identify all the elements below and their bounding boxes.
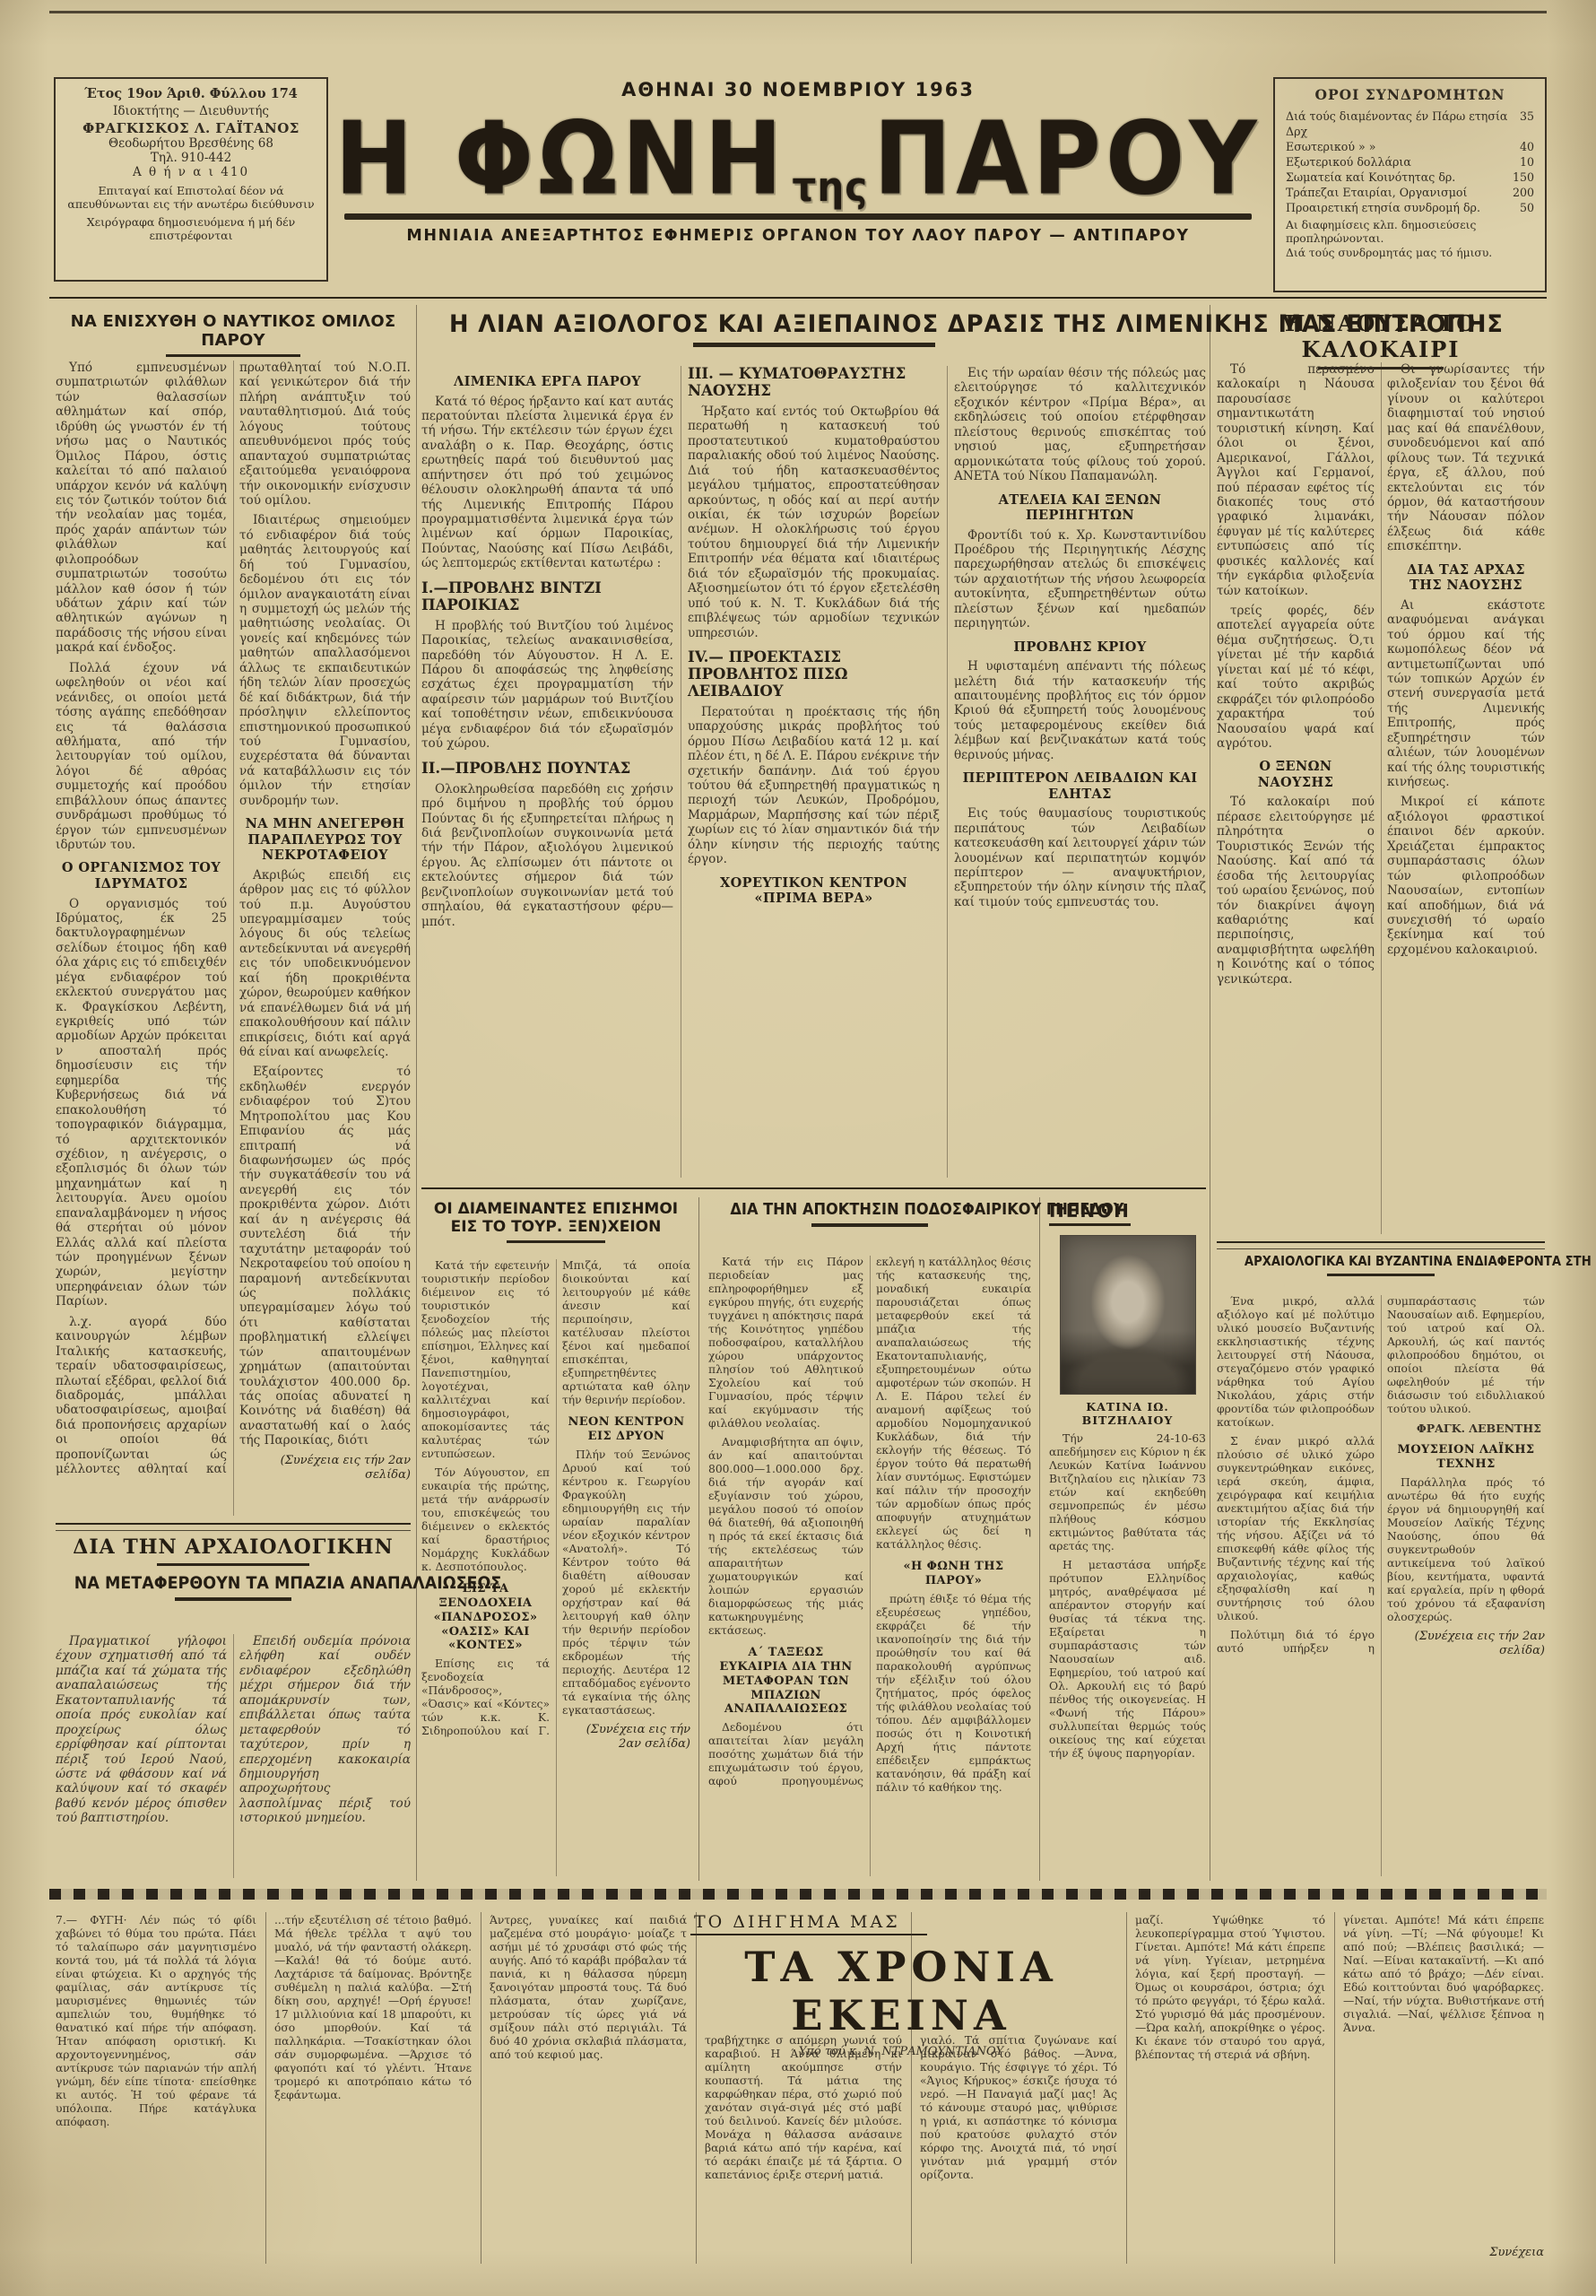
story-column: γιαλό. Τά σπίτια ζυγώνανε καί μίκραιναν … [920, 2034, 1117, 2264]
headline-rule [693, 343, 935, 347]
article-rubble-body: Πραγματικοί γήλοφοι έχουν σχηματισθή από… [56, 1634, 411, 1878]
paragraph: Ιδιαιτέρως σημειούμεν τό ενδιαφέρον διά … [239, 513, 411, 808]
paragraph: Υπό εμπνευσμένων συμπατριωτών φιλάθλων τ… [56, 361, 227, 656]
column-rule [1334, 1912, 1335, 2264]
paragraph: Ολοκληρωθείσα παρεδόθη εις χρήσιν πρό δι… [421, 782, 673, 929]
story-column: μαζί. Υψώθηκε τό λευκοπερίγραμμα στού Ύψ… [1135, 1914, 1325, 2264]
sub-row-value: 200 [1513, 185, 1534, 200]
headline-rule [166, 354, 300, 357]
article-naoussa-header: Η ΝΑΟΥΣΑ ΤΟ ΚΑΛΟΚΑΙΡΙ [1217, 310, 1545, 370]
story-column: 7.— ΦΥΓΗ· Λέν πώς τό φίδι χαβώνει τό θύμ… [56, 1914, 256, 2264]
sub-row-value: 35 [1520, 109, 1534, 139]
paragraph: Εις τούς θαυμασίους τουριστικούς περιπάτ… [954, 806, 1206, 909]
column-rule [265, 1912, 266, 2264]
article-headline: ΝΑ ΕΝΙΣΧΥΘΗ Ο ΝΑΥΤΙΚΟΣ ΟΜΙΛΟΣ ΠΑΡΟΥ [56, 312, 411, 350]
paragraph: πρώτη έθιξε τό θέμα τής εξευρέσεως γηπέδ… [876, 1593, 1031, 1795]
paragraph: Τό καλοκαίρι πού πέρασε ελειτούργησε μέ … [1217, 795, 1375, 987]
date-line: ΑΘΗΝΑΙ 30 ΝΟΕΜΒΡΙΟΥ 1963 [332, 79, 1264, 100]
sub-row-label: Σωματεία καί Κοινότητας δρ. [1286, 170, 1455, 185]
checkered-divider [49, 1889, 1547, 1900]
paragraph: Τόν Αύγουστον, επ ευκαιρία τής πρώτης, μ… [421, 1466, 550, 1574]
paragraph: Φροντίδι τού κ. Χρ. Κωνσταντινίδου Προέδ… [954, 528, 1206, 631]
subheadline: ΧΟΡΕΥΤΙΚΟΝ ΚΕΝΤΡΟΝ «ΠΡΙΜΑ ΒΕΡΑ» [693, 875, 934, 907]
article-kicker: ΔΙΑ ΤΗΝ ΑΡΧΑΙΟΛΟΓΙΚΗΝ [56, 1535, 411, 1559]
article-headline-line2: ΕΙΣ ΤΟ ΤΟΥΡ. ΞΕΝ)ΧΕΙΟΝ [421, 1218, 690, 1236]
paragraph: Εις τήν ωραίαν θέσιν τής πόλεώς μας ελει… [954, 366, 1206, 484]
publisher-phone: Τηλ. 910-442 [65, 151, 317, 165]
article-headline: Η ΛΙΑΝ ΑΞΙΟΛΟΓΟΣ ΚΑΙ ΑΞΙΕΠΑΙΝΟΣ ΔΡΑΣΙΣ Τ… [421, 310, 1206, 338]
subscription-row: Σωματεία καί Κοινότητας δρ.150 [1286, 170, 1534, 185]
sub-row-value: 10 [1520, 154, 1534, 170]
paragraph: Κατά τήν εις Πάρον περιοδείαν μας επληρο… [708, 1256, 863, 1431]
article-football-header: ΔΙΑ ΤΗΝ ΑΠΟΚΤΗΣΙΝ ΠΟΔΟΣΦΑΙΡΙΚΟΥ ΓΗΠΕΔΟΥ [708, 1200, 1031, 1227]
paragraph: Πολλά έχουν νά ωφεληθούν οι νέοι καί νεά… [56, 661, 227, 853]
subheadline: ΙΙ.—ΠΡΟΒΛΗΣ ΠΟΥΝΤΑΣ [421, 761, 673, 778]
subscription-row: Τράπεζαι Εταιρίαι, Οργανισμοί200 [1286, 185, 1534, 200]
subheadline: Α´ ΤΑΞΕΩΣ ΕΥΚΑΙΡΙΑ ΔΙΑ ΤΗΝ ΜΕΤΑΦΟΡΑΝ ΤΩΝ… [714, 1646, 858, 1717]
paragraph: Πλήν τού Ξενώνος Δρυού καί τού κέντρου κ… [562, 1448, 690, 1718]
publisher-checks-note: Επιταγαί καί Επιστολαί δέον νά απευθύνων… [65, 184, 317, 211]
section-divider [421, 1187, 1206, 1189]
subscription-row: Εσωτερικού » »40 [1286, 139, 1534, 154]
subheadline: «Η ΦΩΝΗ ΤΗΣ ΠΑΡΟΥ» [881, 1560, 1026, 1588]
subscription-row: Διά τούς διαμένοντας έν Πάρω ετησία Δρχ3… [1286, 109, 1534, 139]
column-rule [481, 1912, 481, 2264]
subheadline: Ο ΞΕΝΩΝ ΝΑΟΥΣΗΣ [1222, 759, 1369, 790]
article-archaeology-header: ΑΡΧΑΙΟΛΟΓΙΚΑ ΚΑΙ ΒΥΖΑΝΤΙΝΑ ΕΝΔΙΑΦΕΡΟΝΤΑ … [1217, 1252, 1545, 1276]
section-divider [56, 1523, 411, 1531]
subscription-note: Αι διαφημίσεις κλπ. δημοσιεύσεις προπληρ… [1286, 219, 1534, 247]
top-rule [49, 11, 1547, 13]
continued-note: (Συνέχεια εις τήν 2αν σελίδα) [562, 1723, 690, 1752]
publisher-city: Α θ ή ν α ι 410 [65, 165, 317, 179]
column-rule [696, 1912, 697, 2264]
headline-rule [175, 1597, 291, 1601]
paragraph: Ένα μικρό, αλλά αξιόλογο καί μέ πολύτιμο… [1217, 1295, 1375, 1430]
paragraph: Οι γνωρίσαντες τήν φιλοξενίαν του ξένοι … [1387, 362, 1545, 554]
title-small-word: της [787, 163, 874, 211]
subheadline: IV.— ΠΡΟΕΚΤΑΣΙΣ ΠΡΟΒΛΗΤΟΣ ΠΙΣΩ ΛΕΙΒΑΔΙΟΥ [688, 649, 940, 700]
story-continued-note: Συνέχεια [1343, 2246, 1544, 2259]
sub-row-value: 40 [1520, 139, 1534, 154]
masthead: ΑΘΗΝΑΙ 30 ΝΟΕΜΒΡΙΟΥ 1963 Η ΦΩΝΗτηςΠΑΡΟΥ … [332, 79, 1264, 245]
newspaper-title: Η ΦΩΝΗτηςΠΑΡΟΥ [332, 105, 1264, 212]
article-hotel-header: ΟΙ ΔΙΑΜΕΙΝΑΝΤΕΣ ΕΠΙΣΗΜΟΙ ΕΙΣ ΤΟ ΤΟΥΡ. ΞΕ… [421, 1200, 690, 1243]
paragraph: Η υφισταμένη απέναντι τής πόλεως μελέτη … [954, 659, 1206, 762]
column-rule [911, 1912, 912, 2264]
subheadline: ΝΑ ΜΗΝ ΑΝΕΓΕΡΘΗ ΠΑΡΑΠΛΕΥΡΩΣ ΤΟΥ ΝΕΚΡΟΤΑΦ… [245, 816, 405, 864]
subheadline: ΠΡΟΒΛΗΣ ΚΡΙΟΥ [959, 639, 1201, 656]
subheadline: ΜΟΥΣΕΙΟΝ ΛΑΪΚΗΣ ΤΕΧΝΗΣ [1392, 1443, 1540, 1472]
issue-number: Έτος 19ον Άριθ. Φύλλου 174 [65, 86, 317, 101]
subscription-box: ΟΡΟΙ ΣΥΝΔΡΟΜΗΤΩΝ Διά τούς διαμένοντας έν… [1273, 77, 1547, 292]
obituary-body: Τήν 24-10-63 απεδήμησεν εις Κύριον η έκ … [1049, 1432, 1206, 1881]
paragraph: Ήρξατο καί εντός τού Οκτωβρίου θά περατω… [688, 404, 940, 640]
section-divider [1217, 1241, 1545, 1249]
subheadline: ΙΙΙ. — ΚΥΜΑΤΟΘΡΑΥΣΤΗΣ ΝΑΟΥΣΗΣ [688, 366, 940, 400]
obituary-title: ΠΕΝΘΗ [1049, 1200, 1131, 1226]
subheadline: ΑΤΕΛΕΙΑ ΚΑΙ ΞΕΝΩΝ ΠΕΡΙΗΓΗΤΩΝ [959, 492, 1201, 524]
continued-note: (Συνέχεια εις τήν 2αν σελίδα) [1387, 1630, 1545, 1658]
paragraph: τρείς φορές, δέν αποτελεί αγγαρεία ούτε … [1217, 604, 1375, 751]
subheadline: ΕΙΣ ΤΑ ΞΕΝΟΔΟΧΕΙΑ «ΠΑΝΔΡΟΣΟΣ» «ΟΑΣΙΣ» ΚΑ… [427, 1582, 544, 1653]
article-harbour-header: Η ΛΙΑΝ ΑΞΙΟΛΟΓΟΣ ΚΑΙ ΑΞΙΕΠΑΙΝΟΣ ΔΡΑΣΙΣ Τ… [421, 310, 1206, 347]
story-column: τραβήχτηκε σ απόμερη γωνιά τού καραβιού.… [705, 2034, 902, 2264]
article-nautical-body: Υπό εμπνευσμένων συμπατριωτών φιλάθλων τ… [56, 361, 411, 1516]
subheadline: Ι.—ΠΡΟΒΛΗΣ ΒΙΝΤΖΙ ΠΑΡΟΙΚΙΑΣ [421, 580, 673, 614]
column-rule [1126, 1912, 1127, 2264]
story-title: ΤΑ ΧΡΟΝΙΑ ΕΚΕΙΝΑ [690, 1943, 1112, 2039]
column-rule [1039, 1197, 1040, 1881]
paragraph: Τήν 24-10-63 απεδήμησεν εις Κύριον η έκ … [1049, 1432, 1206, 1553]
paragraph: Κατά τό θέρος ήρξαντο καί κατ αυτάς περα… [421, 395, 673, 571]
column-rule [416, 305, 417, 1881]
subscription-note: Διά τούς συνδρομητάς μας τό ήμισυ. [1286, 247, 1534, 260]
paragraph: Ακριβώς επειδή εις άρθρον μας εις τό φύλ… [239, 868, 411, 1060]
sub-row-value: 150 [1513, 170, 1534, 185]
article-naoussa-body: Τό περασμένο καλοκαίρι η Νάουσα παρουσία… [1217, 362, 1545, 1234]
paragraph: Περατούται η προέκτασις τής ήδη υπαρχούσ… [688, 705, 940, 867]
paragraph: Τό περασμένο καλοκαίρι η Νάουσα παρουσία… [1217, 362, 1375, 598]
obituary-photo [1060, 1235, 1196, 1395]
subheadline: ΝΕΟΝ ΚΕΝΤΡΟΝ ΕΙΣ ΔΡΥΟΝ [568, 1415, 685, 1444]
subheadline: ΔΙΑ ΤΑΣ ΑΡΧΑΣ ΤΗΣ ΝΑΟΥΣΗΣ [1392, 562, 1540, 594]
signature: ΦΡΑΓΚ. ΛΕΒΕΝΤΗΣ [1387, 1422, 1541, 1435]
paragraph: Αι εκάστοτε αναφυόμεναι ανάγκαι τού όρμο… [1387, 598, 1545, 790]
article-headline: Η ΝΑΟΥΣΑ ΤΟ ΚΑΛΟΚΑΙΡΙ [1217, 310, 1545, 362]
article-archaeology-body: Ένα μικρό, αλλά αξιόλογο καί μέ πολύτιμο… [1217, 1295, 1545, 1876]
owner-name: ΦΡΑΓΚΙΣΚΟΣ Λ. ΓΑΪΤΑΝΟΣ [65, 120, 317, 136]
headline-rule [1327, 1274, 1435, 1276]
story-column: γίνεται. Αμπότε! Μά κάτι έπρεπε νά γίνη.… [1343, 1914, 1544, 2239]
paragraph: Μικροί εί κάποτε αξιόλογοι φραστικοί έπα… [1387, 795, 1545, 957]
paragraph: Παράλληλα πρός τό ανωτέρω θά ήτο ευχής έ… [1387, 1476, 1545, 1624]
paragraph: Κατά τήν εφετεινήν τουριστικήν περίοδον … [421, 1259, 550, 1461]
title-part-1: Η ΦΩΝΗ [334, 100, 786, 218]
publisher-box: Έτος 19ον Άριθ. Φύλλου 174 Ιδιοκτήτης — … [54, 77, 328, 282]
article-headline-line1: ΟΙ ΔΙΑΜΕΙΝΑΝΤΕΣ ΕΠΙΣΗΜΟΙ [421, 1200, 690, 1218]
title-part-2: ΠΑΡΟΥ [873, 100, 1261, 218]
subheadline: ΠΕΡΙΠΤΕΡΟΝ ΛΕΙΒΑΔΙΩΝ ΚΑΙ ΕΛΗΤΑΣ [959, 770, 1201, 802]
sub-row-label: Τράπεζαι Εταιρίαι, Οργανισμοί [1286, 185, 1467, 200]
publisher-manuscripts-note: Χειρόγραφα δημοσιευόμενα ή μή δέν επιστρ… [65, 215, 317, 242]
header-bottom-rule [49, 297, 1547, 299]
story-column: ...τήν εξευτέλιση σέ τέτοιο βαθμό. Μά ήθ… [274, 1914, 472, 2264]
paragraph: Σ έναν μικρό αλλά πλούσιο σέ υλικό χώρο … [1217, 1435, 1375, 1623]
paragraph: Η μεταστάσα υπήρξε πρότυπον Ελληνίδος μη… [1049, 1559, 1206, 1761]
sub-row-label: Εξωτερικού δολλάρια [1286, 154, 1411, 170]
column-rule [698, 1197, 699, 1881]
story-kicker: ΤΟ ΔΙΗΓΗΜΑ ΜΑΣ [690, 1912, 927, 1935]
subscription-row: Προαιρετική ετησία συνδρομή δρ.50 [1286, 200, 1534, 215]
newspaper-front-page: Έτος 19ον Άριθ. Φύλλου 174 Ιδιοκτήτης — … [0, 0, 1596, 2296]
article-football-body: Κατά τήν εις Πάρον περιοδείαν μας επληρο… [708, 1256, 1031, 1876]
paragraph: Η προβλής τού Βιντζίου τού λιμένος Παροι… [421, 619, 673, 752]
column-rule [1210, 305, 1210, 1881]
obituary-caption: ΚΑΤΙΝΑ ΙΩ. ΒΙΤΖΗΛΑΙΟΥ [1049, 1400, 1206, 1427]
article-harbour-body: ΛΙΜΕΝΙΚΑ ΕΡΓΑ ΠΑΡΟΥ Κατά τό θέρος ήρξαντ… [421, 366, 1206, 1178]
masthead-subtitle: ΜΗΝΙΑΙΑ ΑΝΕΞΑΡΤΗΤΟΣ ΕΦΗΜΕΡΙΣ ΟΡΓΑΝΟΝ ΤΟΥ… [332, 227, 1264, 245]
paragraph: Πραγματικοί γήλοφοι έχουν σχηματισθή από… [56, 1634, 227, 1826]
publisher-address: Θεοδωρήτου Βρεσθένης 68 [65, 136, 317, 151]
article-headline: ΔΙΑ ΤΗΝ ΑΠΟΚΤΗΣΙΝ ΠΟΔΟΣΦΑΙΡΙΚΟΥ ΓΗΠΕΔΟΥ [708, 1200, 1031, 1219]
continued-note: (Συνέχεια εις τήν 2αν σελίδα) [239, 1454, 411, 1482]
subheadline: Ο ΟΡΓΑΝΙΣΜΟΣ ΤΟΥ ΙΔΡΥΜΑΤΟΣ [61, 860, 221, 891]
paragraph: Αναμφισβήτητα απ όψιν, άν καί απαιτούντα… [708, 1436, 863, 1638]
article-nautical-club: ΝΑ ΕΝΙΣΧΥΘΗ Ο ΝΑΥΤΙΚΟΣ ΟΜΙΛΟΣ ΠΑΡΟΥ [56, 312, 411, 357]
sub-row-label: Διά τούς διαμένοντας έν Πάρω ετησία Δρχ [1286, 109, 1520, 139]
kicker-rule [157, 1563, 309, 1566]
article-obituary: ΠΕΝΘΗ ΚΑΤΙΝΑ ΙΩ. ΒΙΤΖΗΛΑΙΟΥ Τήν 24-10-63… [1049, 1200, 1206, 1881]
sub-row-label: Εσωτερικού » » [1286, 139, 1375, 154]
article-rubble-header: ΔΙΑ ΤΗΝ ΑΡΧΑΙΟΛΟΓΙΚΗΝ ΝΑ ΜΕΤΑΦΕΡΘΟΥΝ ΤΑ … [56, 1535, 411, 1601]
subheadline: ΛΙΜΕΝΙΚΑ ΕΡΓΑ ΠΑΡΟΥ [427, 374, 668, 390]
article-headline: ΑΡΧΑΙΟΛΟΓΙΚΑ ΚΑΙ ΒΥΖΑΝΤΙΝΑ ΕΝΔΙΑΦΕΡΟΝΤΑ … [1217, 1252, 1545, 1269]
paragraph: Επειδή ουδεμία πρόνοια ελήφθη καί ουδέν … [239, 1634, 411, 1826]
subscription-row: Εξωτερικού δολλάρια10 [1286, 154, 1534, 170]
sub-row-value: 50 [1520, 200, 1534, 215]
headline-rule [811, 1223, 928, 1227]
story-column: Άντρες, γυναίκες καί παιδιά μαζεμένα στό… [490, 1914, 687, 2264]
article-headline: ΝΑ ΜΕΤΑΦΕΡΘΟΥΝ ΤΑ ΜΠΑΖΙΑ ΑΝΑΠΑΛΑΙΩΣΕΩΣ [56, 1573, 411, 1593]
paragraph: Εξαίροντες τό εκδηλωθέν ενεργόν ενδιαφέρ… [239, 1065, 411, 1448]
paragraph: Ο οργανισμός τού Ιδρύματος, έκ 25 δακτυλ… [56, 897, 227, 1309]
owner-label: Ιδιοκτήτης — Διευθυντής [65, 104, 317, 118]
subscription-title: ΟΡΟΙ ΣΥΝΔΡΟΜΗΤΩΝ [1286, 86, 1534, 103]
article-hotel-body: Κατά τήν εφετεινήν τουριστικήν περίοδον … [421, 1259, 690, 1876]
sub-row-label: Προαιρετική ετησία συνδρομή δρ. [1286, 200, 1480, 215]
headline-rule [507, 1240, 605, 1243]
